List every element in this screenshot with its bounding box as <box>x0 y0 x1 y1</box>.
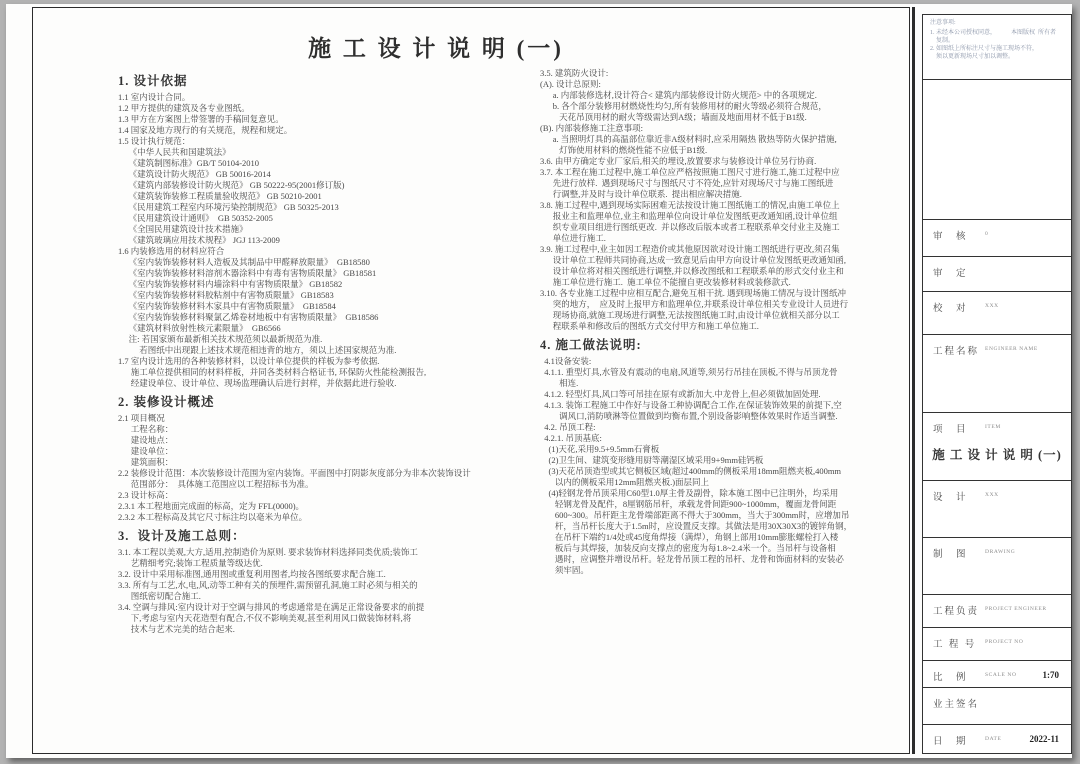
text-line: 3.8. 施工过程中,遇到现场实际困难无法按设计施工图纸施工的情况,由施工单位上 <box>540 200 916 211</box>
text-line: 3.10. 各专业施工过程中应相互配合,避免互相干扰. 遇到现场施工情况与设计图… <box>540 288 916 299</box>
text-line: 3.7. 本工程在施工过程中,施工单位应严格按照施工图尺寸进行施工,施工过程中应 <box>540 167 916 178</box>
text-line: (4)轻钢龙骨吊顶采用C60型1.0厚主骨及副骨，除本施工图中已注明外，均采用 <box>540 488 916 499</box>
text-line: 1.1 室内设计合同。 <box>118 92 494 103</box>
text-line: 3.6. 由甲方确定专业厂家后,相关的埋设,放置要求与装修设计单位另行协商. <box>540 156 916 167</box>
text-line: 1.5 设计执行规范： <box>118 136 494 147</box>
text-line: 600~300。吊杆距主龙骨端部距离不得大于300mm，当大于300mm时，应增… <box>540 510 916 521</box>
row-sub: SCALE NO <box>985 672 1017 678</box>
row-label: 日 期 <box>933 733 968 747</box>
text-line: 4.1设备安装: <box>540 356 916 367</box>
text-line: 技术与艺术完美的结合起来. <box>118 624 494 635</box>
text-line: 3.3. 所有与工艺,水,电,风,动等工种有关的预埋件,需预留孔洞,施工时必须与… <box>118 580 494 591</box>
section-heading: 2. 装修设计概述 <box>118 395 494 410</box>
text-line: 1.3 甲方在方案图上带签署的手稿回复意见。 <box>118 114 494 125</box>
text-line: 施工单位提供相同的材料样板，并同各类材料合格证书, 环保防火性能检测报告, <box>118 367 494 378</box>
text-line: 织专业项目组进行图纸更改. 并以修改后版本或者工程联系单交付业主及施工 <box>540 222 916 233</box>
text-line: 2. 如图纸上所标注尺寸与施工现场不符， <box>930 45 1064 53</box>
row-sub: PROJECT NO <box>985 639 1023 645</box>
row-sub: 0 <box>985 231 988 237</box>
text-line: (3)天花吊顶造型或其它侧板区域(超过400mm的侧板采用18mm阻燃夹板,40… <box>540 466 916 477</box>
text-line: 天花吊顶用材的耐火等级需达到A级；墙面及地面用材不低于B1级. <box>540 112 916 123</box>
text-line: 遇时，应调整并增设吊杆。轻龙骨吊顶工程的吊杆、龙骨和饰面材料的安装必 <box>540 554 916 565</box>
text-line: 《室内装饰装修材料聚氯乙烯卷材地板中有害物质限量》 GB18586 <box>118 312 494 323</box>
titleblock-row-date: 日 期 DATE 2022-11 <box>923 724 1071 753</box>
titleblock-row-project-engineer: 工程负责 PROJECT ENGINEER <box>923 594 1071 627</box>
text-line: (B). 内部装修施工注意事项: <box>540 123 916 134</box>
text-line: (2)卫生间、建筑变形缝用厨等潮湿区域采用9+9mm硅钙板 <box>540 455 916 466</box>
row-sub: DATE <box>985 736 1001 742</box>
text-line: 建设地点： <box>118 435 494 446</box>
text-line: 4.2.1. 吊顶基底: <box>540 433 916 444</box>
text-line: 图纸密切配合施工. <box>118 591 494 602</box>
text-line: 注意事项: <box>930 19 1064 27</box>
drawing-title: 施 工 设 计 说 明 (一) <box>304 30 568 63</box>
titleblock-row-draftsman: 制 图 DRAWING <box>923 537 1071 594</box>
titleblock-row-project-no: 工 程 号 PROJECT NO <box>923 627 1071 660</box>
text-line: 设计单位工程师共同协商,达成一致意见后由甲方向设计单位发图纸更改通知函, <box>540 255 916 266</box>
section-heading: 1. 设计依据 <box>118 74 494 89</box>
titleblock-row-reviewer: 审 核 0 <box>923 219 1071 256</box>
text-line: 3.5. 建筑防火设计: <box>540 68 916 79</box>
text-line: 以内的侧板采用12mm阻燃夹板.)面层同上 <box>540 477 916 488</box>
text-line: 设计单位将对相关图纸进行调整,并以修改图纸和工程联系单的形式交付业主和 <box>540 266 916 277</box>
row-sub: ITEM <box>985 424 1001 430</box>
text-line: 复制。 <box>930 37 1064 45</box>
titleblock-row-item: 项 目 ITEM 施 工 设 计 说 明 (一) <box>923 412 1071 480</box>
text-line: 《室内装饰装修材料内墙涂料中有害物质限量》 GB18582 <box>118 279 494 290</box>
titleblock-row-project-name: 工程名称 ENGINEER NAME <box>923 334 1071 412</box>
text-line: 1.7 室内设计选用的各种装修材料，以设计单位提供的样板为参考依据. <box>118 356 494 367</box>
text-line: 2.3.2 本工程标高及其它尺寸标注均以毫米为单位。 <box>118 512 494 523</box>
section-heading: 4. 施工做法说明: <box>540 338 916 353</box>
text-line: 单位进行施工. <box>540 233 916 244</box>
text-line: 1.2 甲方提供的建筑及各专业图纸。 <box>118 103 494 114</box>
text-line: 突的地方， 应及时上报甲方和监理单位,并联系设计单位相关专业设计人员进行 <box>540 299 916 310</box>
drawing-canvas: 施 工 设 计 说 明 (一) 1. 设计依据1.1 室内设计合同。1.2 甲方… <box>0 0 1080 764</box>
row-value: 2022-11 <box>1029 734 1059 744</box>
text-line: 《建筑材料放射性核元素限量》 GB6566 <box>118 323 494 334</box>
text-line: 板后与其焊接，加装反向支撑点的密度为每1.8~2.4米一个。当吊杆与设备相 <box>540 543 916 554</box>
text-line: 4.1.3. 装饰工程施工中作好与设备工种协调配合工作,在保证装饰效果的前提下,… <box>540 400 916 411</box>
row-sub: XXX <box>985 492 999 498</box>
text-line: 程联系单和修改后的图纸方式交付甲方和施工单位施工. <box>540 321 916 332</box>
text-line: 《建筑设计防火规范》 GB 50016-2014 <box>118 169 494 180</box>
text-line: 调风口,消防喷淋等位置做到均衡布置,个别设备影响整体效果时作适当调整. <box>540 411 916 422</box>
text-line: a. 当照明灯具的高温部位靠近非A级材料时,应采用隔热 散热等防火保护措施, <box>540 134 916 145</box>
text-line: 2.3 设计标高： <box>118 490 494 501</box>
text-line: 2.2 装修设计范围：本次装修设计范围为室内装饰。平面图中打阴影灰度部分为非本次… <box>118 468 494 479</box>
right-text-column: 3.5. 建筑防火设计:(A). 设计总原则: a. 内部装修选材,设计符合< … <box>540 68 916 576</box>
sheet-name: 施 工 设 计 说 明 (一) <box>923 445 1071 463</box>
row-sub: DRAWING <box>985 549 1015 555</box>
drawing-sheet: 施 工 设 计 说 明 (一) 1. 设计依据1.1 室内设计合同。1.2 甲方… <box>6 4 1072 758</box>
text-line: 3.4. 空调与排风:室内设计对于空调与排风的考虑通常是在满足正常设备要求的前提 <box>118 602 494 613</box>
text-line: 须以更新现场尺寸加以调整。 <box>930 53 1064 61</box>
text-line: 报业主和监理单位,业主和监理单位向设计单位发图纸更改通知函,设计单位组 <box>540 211 916 222</box>
row-value: 1:70 <box>1043 670 1060 680</box>
left-text-column: 1. 设计依据1.1 室内设计合同。1.2 甲方提供的建筑及各专业图纸。1.3 … <box>118 68 494 635</box>
text-line: 1.6 内装修选用的材料应符合 <box>118 246 494 257</box>
text-line: 先进行放样. 遇到现场尺寸与图纸尺寸不符处,应针对现场尺寸与施工图纸进 <box>540 178 916 189</box>
text-line: 3.1. 本工程以美观,大方,适用,控制造价为原则. 要求装饰材料选择同类优质;… <box>118 547 494 558</box>
text-line: 灯饰使用材料的燃烧性能不应低于B1级. <box>540 145 916 156</box>
text-line: 须牢固。 <box>540 565 916 576</box>
row-label: 工程名称 <box>933 343 979 357</box>
text-line: 1. 未经本公司授权同意， 本图版权 所有者 <box>930 29 1064 37</box>
text-line: 《室内装饰装修材料木家具中有害物质限量》 GB18584 <box>118 301 494 312</box>
row-label: 工 程 号 <box>933 636 976 650</box>
row-label: 审 定 <box>933 265 968 279</box>
row-label: 业主签名 <box>933 696 979 710</box>
text-line: 若图纸中出现跟上述技术规范相违背的地方，须以上述国家规范为准. <box>118 345 494 356</box>
text-line: b. 各个部分装修用材燃烧性均匀,所有装修用材的耐火等级必须符合规范， <box>540 101 916 112</box>
row-label: 校 对 <box>933 300 968 314</box>
text-line: 2.3.1 本工程地面完成面的标高，定为 FFL(0000)。 <box>118 501 494 512</box>
text-line: 建筑面积： <box>118 457 494 468</box>
titleblock-row-owner-signature: 业主签名 <box>923 687 1071 724</box>
text-line: 艺精细考究;装饰工程质量等级达优. <box>118 558 494 569</box>
row-label: 比 例 <box>933 669 968 683</box>
text-line: 1.4 国家及地方现行的有关规范，规程和规定。 <box>118 125 494 136</box>
text-line: 现场协商,就施工现场进行调整,无法按图纸施工时,由设计单位就相关部分以工 <box>540 310 916 321</box>
notes-box: 注意事项:1. 未经本公司授权同意， 本图版权 所有者 复制。2. 如图纸上所标… <box>923 15 1071 79</box>
row-sub: XXX <box>985 303 999 309</box>
text-line: 范围部分： 具体施工范围应以工程招标书为准。 <box>118 479 494 490</box>
text-line: 3.2. 设计中采用标准图,通用图或重复利用图者,均按各图纸要求配合施工. <box>118 569 494 580</box>
text-line: 建设单位： <box>118 446 494 457</box>
row-label: 工程负责 <box>933 603 979 617</box>
titleblock-row-approver: 审 定 <box>923 256 1071 291</box>
text-line: 《建筑玻璃应用技术规程》 JGJ 113-2009 <box>118 235 494 246</box>
row-label: 设 计 <box>933 489 968 503</box>
text-line: a. 内部装修选材,设计符合< 建筑内部装修设计防火规范> 中的各项规定. <box>540 90 916 101</box>
text-line: 《中华人民共和国建筑法》 <box>118 147 494 158</box>
row-label: 审 核 <box>933 228 968 242</box>
text-line: 4.1.1. 重型灯具,水管及有震动的电扇,风道等,须另行吊挂在顶板,不得与吊顶… <box>540 367 916 378</box>
text-line: 轻钢龙骨及配件，8厘钢筋吊杆，承载龙骨间距900~1000mm，覆面龙骨间距 <box>540 499 916 510</box>
text-line: (A). 设计总原则: <box>540 79 916 90</box>
text-line: 在吊杆下端约1/4处或45度角焊接（满焊），角钢上部用10mm膨胀螺栓打入楼 <box>540 532 916 543</box>
text-line: 3.9. 施工过程中,业主如因工程造价或其他原因欲对设计施工图纸进行更改,须召集 <box>540 244 916 255</box>
text-line: 施工单位进行施工. 施工单位不能擅自更改装修材料或装修款式. <box>540 277 916 288</box>
text-line: 《建筑装饰装修工程质量验收规范》 GB 50210-2001 <box>118 191 494 202</box>
title-block: 注意事项:1. 未经本公司授权同意， 本图版权 所有者 复制。2. 如图纸上所标… <box>922 14 1072 754</box>
row-label: 项 目 <box>933 421 968 435</box>
text-line: 2.1 项目概况 <box>118 413 494 424</box>
text-line: 注: 若国家颁布最新相关技术规范须以最新规范为准. <box>118 334 494 345</box>
text-line: 《建筑内部装修设计防火规范》 GB 50222-95(2001修订版) <box>118 180 494 191</box>
text-line: 《室内装饰装修材料人造板及其制品中甲醛释放限量》 GB18580 <box>118 257 494 268</box>
text-line: 4.2. 吊顶工程: <box>540 422 916 433</box>
text-line: (1)天花,采用9.5+9.5mm石膏板 <box>540 444 916 455</box>
text-line: 4.1.2. 轻型灯具,风口等可吊挂在原有或新加大.中龙骨上,但必须做加固处理. <box>540 389 916 400</box>
section-heading: 3. 设计及施工总则： <box>118 529 494 544</box>
text-line: 《室内装饰装修材料溶剂木器涂料中有毒有害物质限量》 GB18581 <box>118 268 494 279</box>
row-label: 制 图 <box>933 546 968 560</box>
text-line: 《民用建筑工程室内环境污染控制规范》 GB 50325-2013 <box>118 202 494 213</box>
row-sub: ENGINEER NAME <box>985 346 1038 352</box>
row-sub: PROJECT ENGINEER <box>985 606 1047 612</box>
text-line: 《民用建筑设计通则》 GB 50352-2005 <box>118 213 494 224</box>
text-line: 杆，当吊杆长度大于1.5m时，应设置反支撑。其做法是用30X30X3的镀锌角钢， <box>540 521 916 532</box>
text-line: 《建筑制图标准》GB/T 50104-2010 <box>118 158 494 169</box>
text-line: 下,考虑与室内天花造型有配合,不仅不影响美观,甚至利用风口做装饰材料,将 <box>118 613 494 624</box>
titleblock-row-designer: 设 计 XXX <box>923 480 1071 537</box>
blank-box <box>923 79 1071 219</box>
text-line: 相连. <box>540 378 916 389</box>
text-line: 行调整,并及时与设计单位联系. 提出相应解决措施. <box>540 189 916 200</box>
text-line: 工程名称： <box>118 424 494 435</box>
text-line: 《全国民用建筑设计技术措施》 <box>118 224 494 235</box>
titleblock-row-scale: 比 例 SCALE NO 1:70 <box>923 660 1071 687</box>
text-line: 《室内装饰装修材料胶粘剂中有害物质限量》 GB18583 <box>118 290 494 301</box>
titleblock-row-proofreader: 校 对 XXX <box>923 291 1071 334</box>
text-line: 经建设单位、设计单位、现场监理确认后进行封样，并依据此进行验收. <box>118 378 494 389</box>
